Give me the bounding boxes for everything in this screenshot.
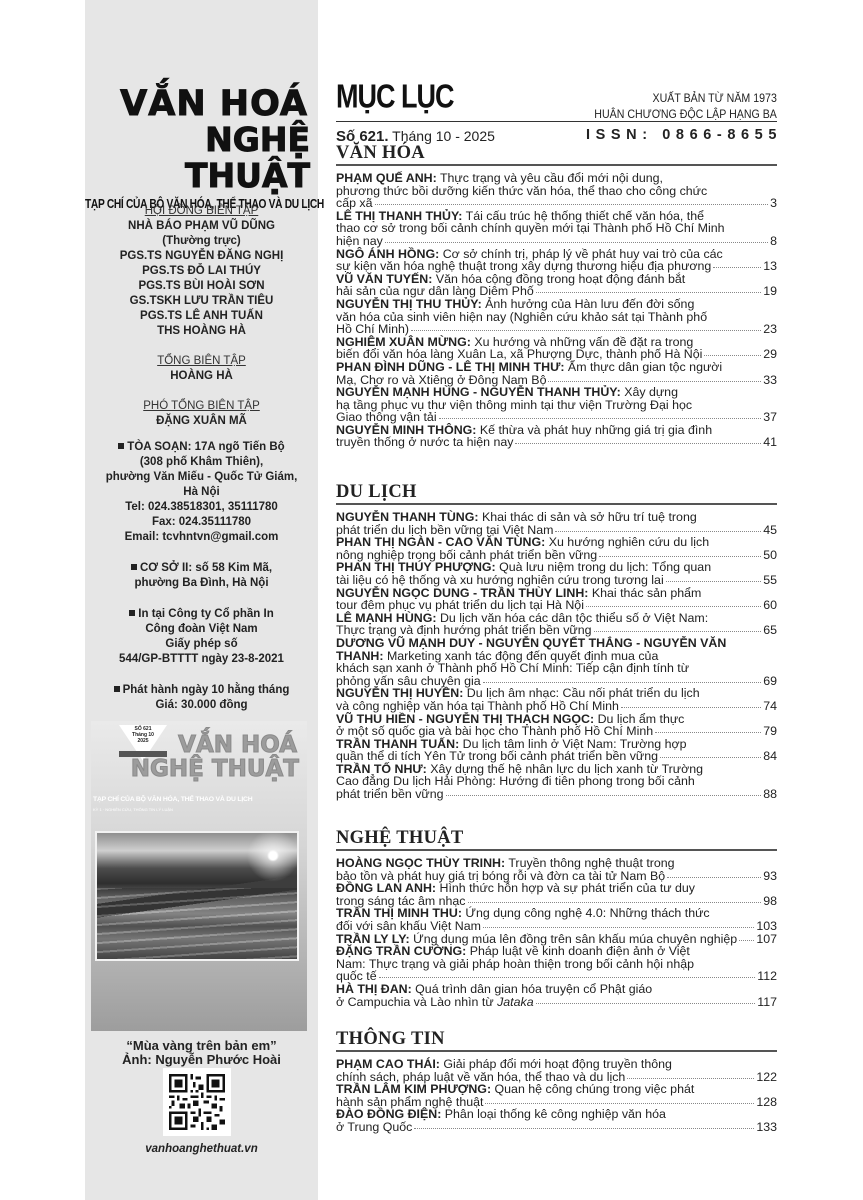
cover-photo-rice-terraces [95, 831, 299, 961]
article-title-line: ở Campuchia và Lào nhìn từ [336, 995, 497, 1009]
board-member: THS HOÀNG HÀ [85, 324, 318, 339]
page-number: 45 [763, 524, 777, 537]
page-number: 128 [756, 1096, 777, 1109]
section-du-lich: DU LỊCH NGUYỄN THANH TÙNG: Khai thác di … [336, 482, 777, 801]
article-title-line: thao cơ sở trong bối cảnh chính quyền mớ… [336, 221, 725, 235]
dot-leader [548, 381, 761, 382]
dot-leader [621, 707, 761, 708]
office-address: TÒA SOẠN: 17A ngõ Tiến Bộ [127, 441, 284, 453]
page-number: 13 [763, 260, 777, 273]
header-divider [336, 121, 777, 122]
board-member: (Thường trực) [85, 234, 318, 249]
page-number: 37 [763, 411, 777, 424]
page-number: 107 [756, 933, 777, 946]
dot-leader [599, 556, 761, 557]
office-address-line: (308 phố Khâm Thiên), [85, 455, 318, 470]
toc-entry[interactable]: NGUYỄN THỊ THU THỦY: Ảnh hưởng của Hàn l… [336, 298, 777, 336]
section-heading: VĂN HÓA [336, 143, 777, 166]
branch-address-line: phường Ba Đình, Hà Nội [85, 576, 318, 591]
board-member: NHÀ BÁO PHẠM VŨ DŨNG [85, 219, 318, 234]
page-number: 3 [770, 197, 777, 210]
award: HUÂN CHƯƠNG ĐỘC LẬP HẠNG BA [594, 106, 777, 122]
dot-leader [667, 877, 761, 878]
article-title-line: phát triển bền vững [336, 787, 444, 801]
toc-entry[interactable]: ĐỒNG LAN ANH: Hình thức hỗn hợp và sự ph… [336, 882, 777, 907]
masthead-line-2: NGHỆ THUẬT [85, 122, 310, 194]
cover-title: VẮN HOÁ NGHỆ THUẬT [131, 733, 297, 781]
toc-entry[interactable]: NGUYỄN NGỌC DUNG - TRẦN THÙY LINH: Khai … [336, 587, 777, 612]
price: Giá: 30.000 đồng [85, 698, 318, 713]
board-member: GS.TSKH LƯU TRẦN TIÊU [85, 294, 318, 309]
masthead-sidebar: VẮN HOÁ NGHỆ THUẬT TẠP CHÍ CỦA BỘ VĂN HÓ… [85, 0, 318, 1200]
bullet-square-icon [129, 610, 135, 616]
toc-entry[interactable]: PHAN ĐÌNH DŨNG - LÊ THỊ MINH THƯ: Ẩm thự… [336, 361, 777, 386]
page-number: 8 [770, 235, 777, 248]
cover-subtitle-small: KỲ 1 · NGHIÊN CỨU, THÔNG TIN LÝ LUẬN [93, 807, 173, 812]
contact-info: TÒA SOẠN: 17A ngõ Tiến Bộ (308 phố Khâm … [85, 440, 318, 713]
toc-entry[interactable]: HOÀNG NGỌC THÙY TRINH: Truyền thông nghệ… [336, 857, 777, 882]
page-number: 65 [763, 624, 777, 637]
editor-in-chief-heading: TỔNG BIÊN TẬP [85, 354, 318, 369]
toc-entry[interactable]: NGÔ ÁNH HỒNG: Cơ sở chính trị, pháp lý v… [336, 248, 777, 273]
dot-leader [446, 795, 762, 796]
toc-entry[interactable]: ĐÀO ĐỒNG ĐIỆN: Phân loại thống kê công n… [336, 1108, 777, 1133]
masthead-line-1: VẮN HOÁ [85, 86, 310, 122]
dot-leader [627, 1078, 754, 1079]
article-title-line: Ẩm thực dân gian tộc người [564, 360, 722, 374]
article-title-line: truyền thống ở nước ta hiện nay [336, 435, 513, 449]
board-member: PGS.TS LÊ ANH TUẤN [85, 309, 318, 324]
section-van-hoa: VĂN HÓA PHẠM QUẾ ANH: Thực trạng và yêu … [336, 143, 777, 449]
office-tel: Tel: 024.38518301, 35111780 [85, 500, 318, 515]
article-title-line: Khai thác sản phẩm [588, 586, 701, 600]
office-fax: Fax: 024.35111780 [85, 515, 318, 530]
page-number: 112 [757, 970, 777, 983]
dot-leader [385, 242, 768, 243]
section-thong-tin: THÔNG TIN PHẠM CAO THÁI: Giải pháp đổi m… [336, 1029, 777, 1134]
page-number: 93 [763, 870, 777, 883]
toc-entry[interactable]: NGUYỄN MẠNH HÙNG - NGUYỄN THANH THỦY: Xâ… [336, 386, 777, 424]
printing-info-line: Công đoàn Việt Nam [85, 622, 318, 637]
section-heading: NGHỆ THUẬT [336, 828, 777, 851]
toc-entry[interactable]: PHẠM CAO THÁI: Giải pháp đổi mới hoạt độ… [336, 1058, 777, 1083]
license-number: 544/GP-BTTTT ngày 23-8-2021 [85, 652, 318, 667]
page-number: 88 [763, 788, 777, 801]
section-heading: THÔNG TIN [336, 1029, 777, 1052]
office-address-line: Hà Nội [85, 485, 318, 500]
dot-leader [660, 757, 761, 758]
bullet-square-icon [131, 564, 137, 570]
dot-leader [468, 902, 762, 903]
cover-subtitle: TẠP CHÍ CỦA BỘ VĂN HÓA, THỂ THAO VÀ DU L… [93, 796, 252, 803]
toc-entry[interactable]: TRẦN LÂM KIM PHƯỢNG: Quan hệ công chúng … [336, 1083, 777, 1108]
dot-leader [713, 267, 761, 268]
board-member: PGS.TS BÙI HOÀI SƠN [85, 279, 318, 294]
section-heading: DU LỊCH [336, 482, 777, 505]
article-title-line: phương thức bồi dưỡng kiến thức văn hóa,… [336, 184, 707, 198]
toc-entry[interactable]: HÀ THỊ ĐAN: Quá trình dân gian hóa truyệ… [336, 983, 777, 1008]
page-number: 69 [763, 675, 777, 688]
dot-leader [666, 581, 762, 582]
photo-title: “Mùa vàng trên bản em” [85, 1039, 318, 1053]
page-number: 122 [756, 1071, 777, 1084]
dot-leader [536, 292, 761, 293]
toc-entry[interactable]: VŨ VĂN TUYẾN: Văn hóa cộng đồng trong ho… [336, 273, 777, 298]
dot-leader [439, 418, 762, 419]
toc-entry[interactable]: NGHIÊM XUÂN MỪNG: Xu hướng và những vấn … [336, 336, 777, 361]
page-title: MỤC LỤC [336, 80, 453, 114]
website-link[interactable]: vanhoanghethuat.vn [85, 1143, 318, 1155]
toc-entry[interactable]: NGUYỄN THANH TÙNG: Khai thác di sản và s… [336, 511, 777, 536]
board-member: PGS.TS ĐỖ LAI THÚY [85, 264, 318, 279]
dot-leader [704, 355, 761, 356]
page-number: 103 [756, 920, 777, 933]
issn: ISSN: 0866-8655 [586, 127, 782, 143]
article-title-line: ở Trung Quốc [336, 1120, 412, 1134]
dot-leader [594, 631, 762, 632]
page-number: 133 [756, 1121, 777, 1134]
article-title-line: Nam: Thực trạng và giải pháp hoàn thiện … [336, 957, 694, 971]
deputy-editor-heading: PHÓ TỔNG BIÊN TẬP [85, 399, 318, 414]
dot-leader [483, 927, 754, 928]
editorial-board: HỘI ĐỒNG BIÊN TẬP NHÀ BÁO PHẠM VŨ DŨNG (… [85, 204, 318, 429]
dot-leader [485, 1103, 754, 1104]
toc-entry[interactable]: TRẦN THANH TUẤN: Du lịch tâm linh ở Việt… [336, 738, 777, 763]
photo-caption: “Mùa vàng trên bản em” Ảnh: Nguyễn Phước… [85, 1039, 318, 1067]
magazine-masthead: VẮN HOÁ NGHỆ THUẬT TẠP CHÍ CỦA BỘ VĂN HÓ… [85, 86, 318, 209]
cover-thumbnail: SỐ 621 Tháng 10 2025 VẮN HOÁ NGHỆ THUẬT … [91, 721, 307, 1031]
dot-leader [375, 204, 769, 205]
toc-entry[interactable]: PHAN THỊ THÚY PHƯỢNG: Quà lưu niệm trong… [336, 561, 777, 586]
page-number: 29 [763, 348, 777, 361]
toc-entry[interactable]: PHẠM QUẾ ANH: Thực trạng và yêu cầu đổi … [336, 172, 777, 210]
board-member: PGS.TS NGUYỄN ĐĂNG NGHỊ [85, 249, 318, 264]
qr-code-icon[interactable] [163, 1068, 231, 1136]
toc-entry[interactable]: VŨ THU HIỀN - NGUYỄN THỊ THẠCH NGỌC: Du … [336, 713, 777, 738]
page-number: 117 [757, 996, 777, 1009]
dot-leader [515, 443, 761, 444]
page-number: 33 [763, 374, 777, 387]
page-number: 50 [763, 549, 777, 562]
office-email: Email: tcvhntvn@gmail.com [85, 530, 318, 545]
printing-info-line: Giấy phép số [85, 637, 318, 652]
deputy-editor: ĐẶNG XUÂN MÃ [85, 414, 318, 429]
board-heading: HỘI ĐỒNG BIÊN TẬP [85, 204, 318, 219]
toc-entry[interactable]: NGUYỄN MINH THÔNG: Kế thừa và phát huy n… [336, 424, 777, 449]
toc-entry[interactable]: ĐẶNG TRẦN CƯỜNG: Pháp luật về kinh doanh… [336, 945, 777, 983]
toc-entry[interactable]: TRẦN TỐ NHƯ: Xây dựng thế hệ nhân lực du… [336, 763, 777, 801]
dot-leader [483, 682, 762, 683]
page-number: 41 [763, 436, 777, 449]
published-since: XUẤT BẢN TỪ NĂM 1973 [594, 90, 777, 106]
issue-date: Tháng 10 - 2025 [389, 128, 495, 144]
page-number: 19 [763, 285, 777, 298]
page-number: 98 [763, 895, 777, 908]
dot-leader [379, 977, 756, 978]
dot-leader [414, 1128, 754, 1129]
editor-in-chief: HOÀNG HÀ [85, 369, 318, 384]
release-schedule: Phát hành ngày 10 hằng tháng [123, 684, 290, 696]
dot-leader [555, 531, 761, 532]
page-number: 84 [763, 750, 777, 763]
toc-entry[interactable]: PHAN THỊ NGÀN - CAO VĂN TÙNG: Xu hướng n… [336, 536, 777, 561]
page-number: 55 [763, 574, 777, 587]
toc-entry[interactable]: DƯƠNG VŨ MẠNH DUY - NGUYỄN QUYẾT THẮNG -… [336, 637, 777, 687]
article-title-line: Phân loại thống kê công nghiệp văn hóa [441, 1107, 666, 1121]
dot-leader [586, 606, 761, 607]
dot-leader [739, 940, 754, 941]
dot-leader [655, 732, 761, 733]
publication-info: XUẤT BẢN TỪ NĂM 1973 HUÂN CHƯƠNG ĐỘC LẬP… [594, 90, 777, 122]
toc-entry[interactable]: LÊ MẠNH HÙNG: Du lịch văn hóa các dân tộ… [336, 612, 777, 637]
article-title-line: Hình thức hỗn hợp và sự phát triển của t… [436, 881, 695, 895]
page-number: 79 [763, 725, 777, 738]
bullet-square-icon [114, 686, 120, 692]
dot-leader [411, 330, 761, 331]
office-address-line: phường Văn Miếu - Quốc Tử Giám, [85, 470, 318, 485]
page-number: 23 [763, 323, 777, 336]
article-title-line: Ứng dụng công nghệ 4.0: Những thách thức [462, 906, 710, 920]
page-number: 74 [763, 700, 777, 713]
dot-leader [536, 1003, 756, 1004]
photo-credit: Ảnh: Nguyễn Phước Hoài [85, 1053, 318, 1067]
article-title-italic: Jataka [497, 995, 534, 1009]
page-number: 60 [763, 599, 777, 612]
bullet-square-icon [118, 443, 124, 449]
article-title-line: Quan hệ công chúng trong việc phát [491, 1082, 694, 1096]
toc-entry[interactable]: TRẦN THỊ MINH THU: Ứng dụng công nghệ 4.… [336, 907, 777, 932]
toc-entry[interactable]: LÊ THỊ THANH THỦY: Tái cấu trúc hệ thống… [336, 210, 777, 248]
branch-address: CƠ SỞ II: số 58 Kim Mã, [140, 562, 272, 574]
printing-info: In tại Công ty Cổ phần In [138, 608, 273, 620]
toc-entry[interactable]: NGUYỄN THỊ HUYỀN: Du lịch âm nhạc: Cầu n… [336, 687, 777, 712]
section-nghe-thuat: NGHỆ THUẬT HOÀNG NGỌC THÙY TRINH: Truyền… [336, 828, 777, 1008]
